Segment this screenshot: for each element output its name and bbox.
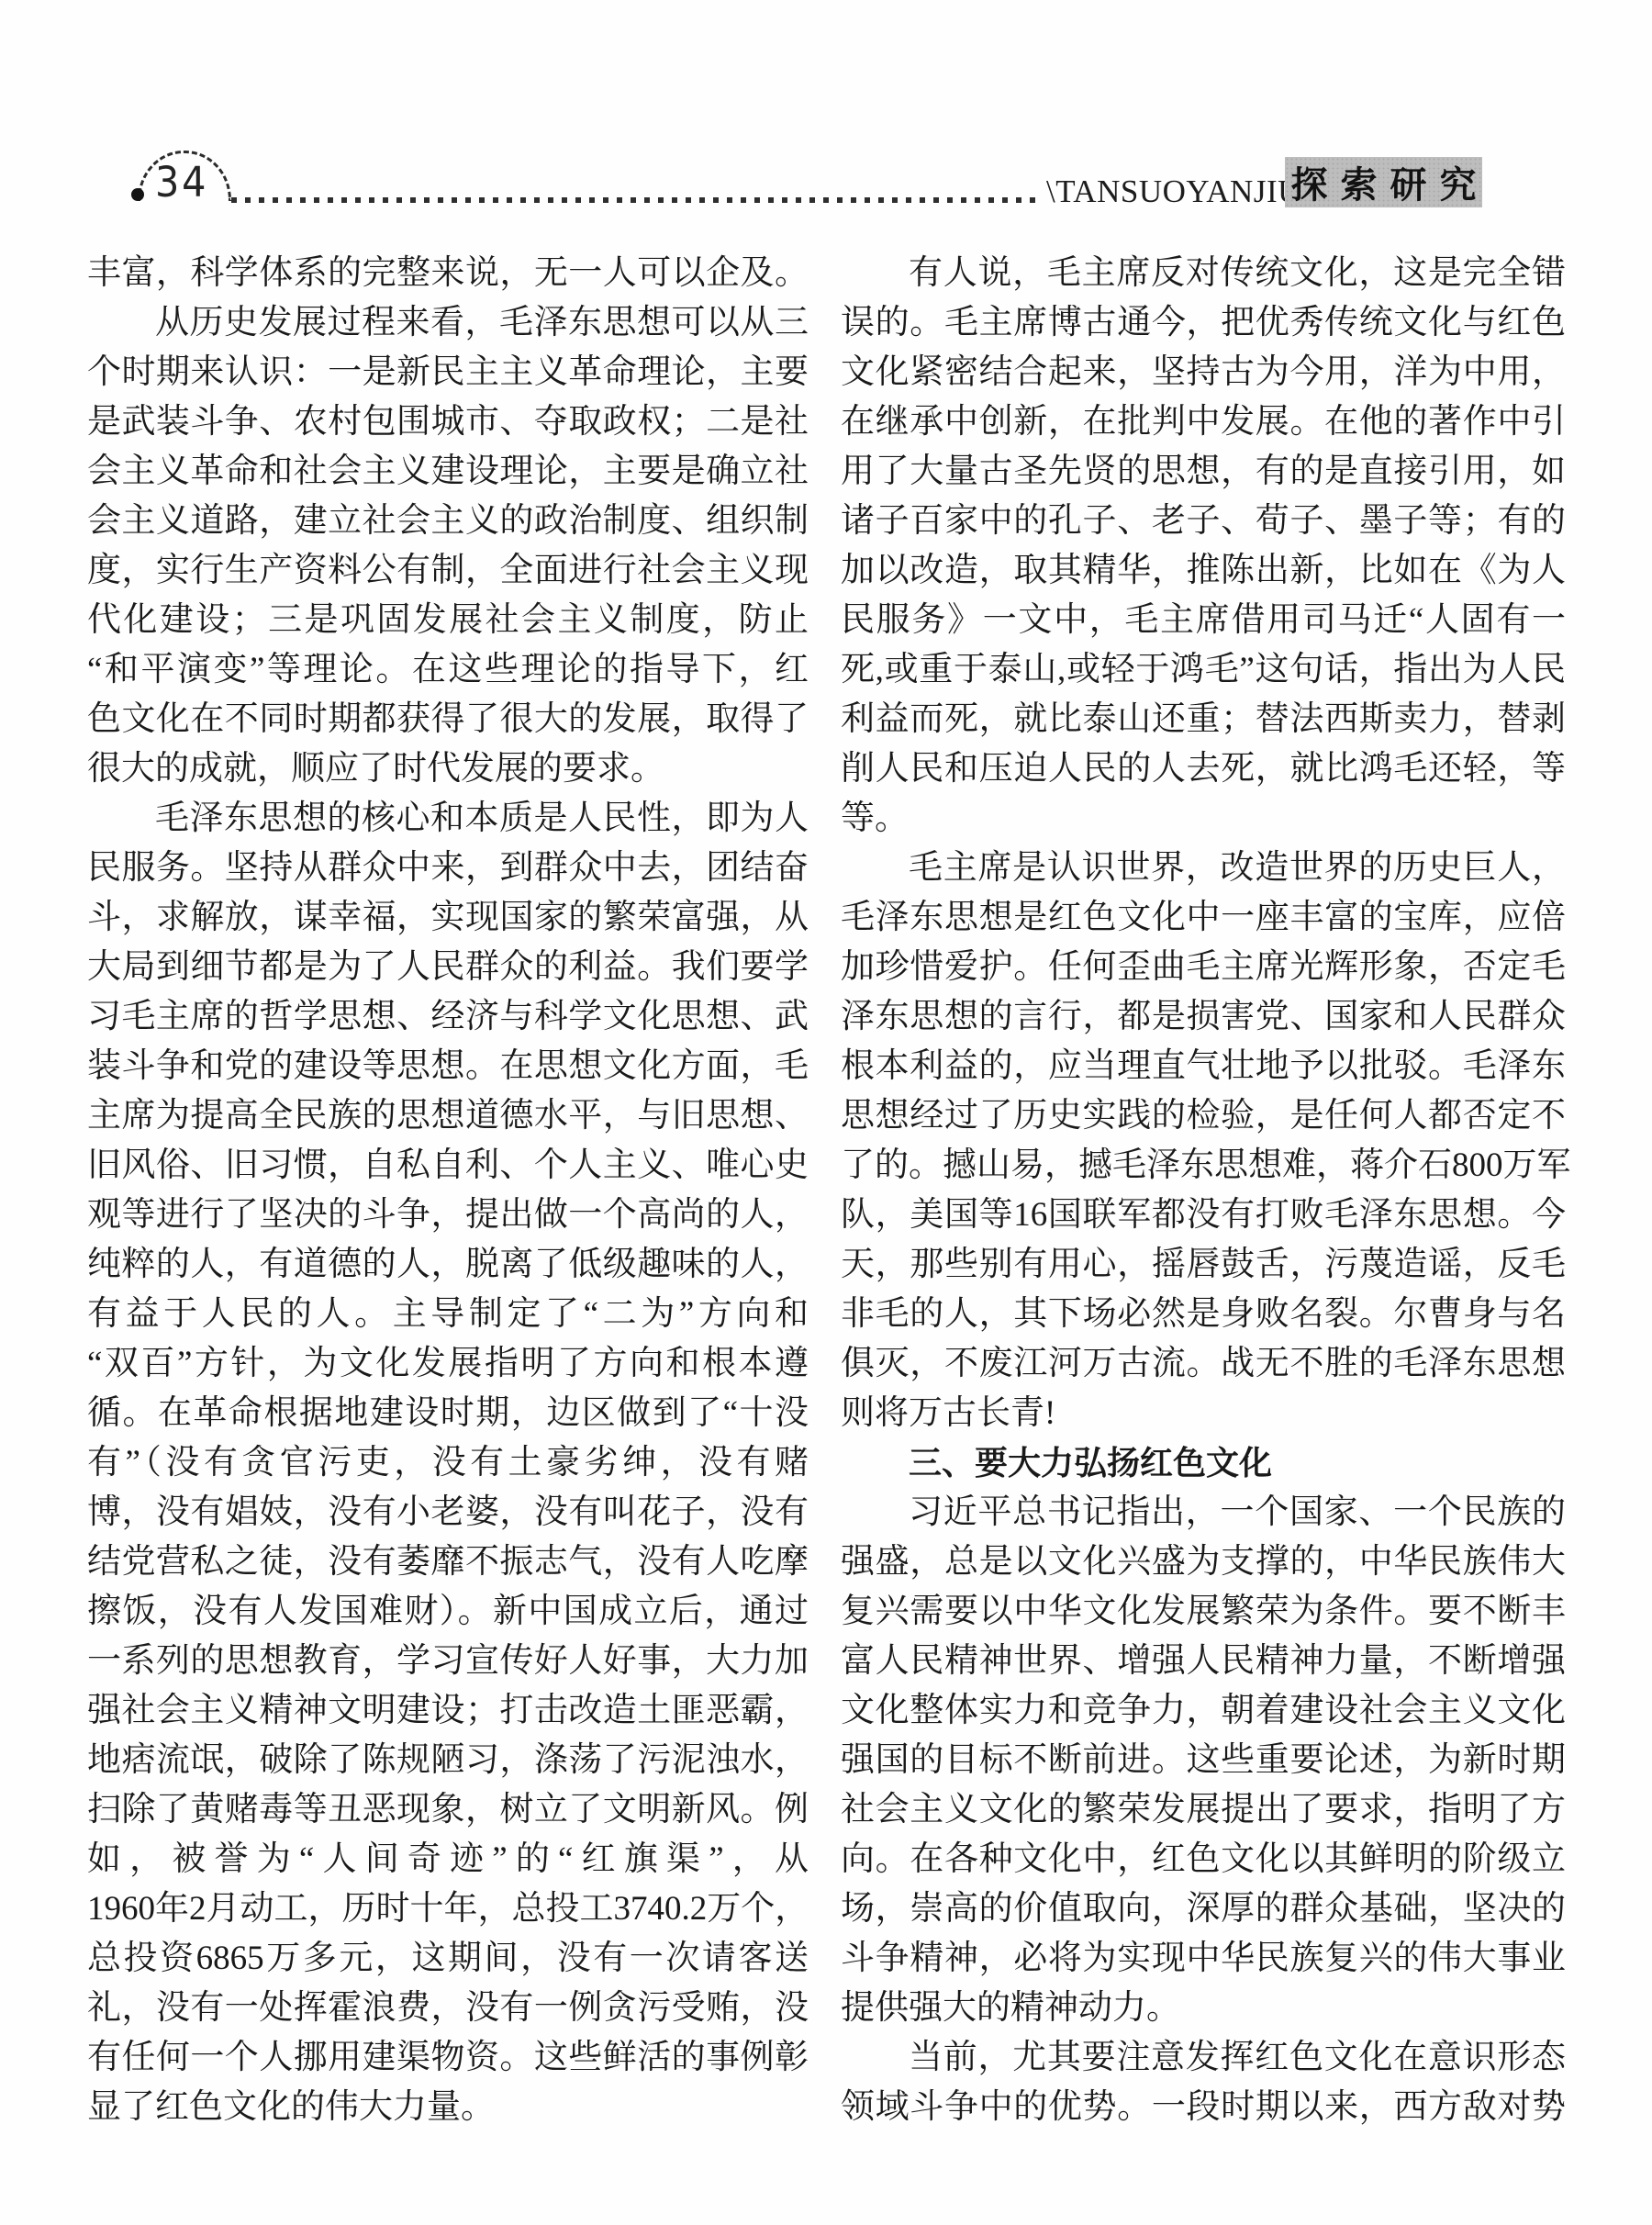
text-line: 习近平总书记指出，一个国家、一个民族的 <box>841 1488 1566 1537</box>
text-line: 斗，求解放，谋幸福，实现国家的繁荣富强，从 <box>87 893 809 943</box>
section-heading-line: 三、要大力弘扬红色文化 <box>841 1438 1566 1488</box>
text-line: 习毛主席的哲学思想、经济与科学文化思想、武 <box>87 992 809 1042</box>
text-line: 礼，没有一处挥霍浪费，没有一例贪污受贿，没 <box>87 1984 809 2033</box>
text-line: 旧风俗、旧习惯，自私自利、个人主义、唯心史 <box>87 1141 809 1191</box>
text-line: 代化建设；三是巩固发展社会主义制度，防止 <box>87 596 809 645</box>
text-line: 博，没有娼妓，没有小老婆，没有叫花子，没有 <box>87 1488 809 1537</box>
text-line: 循。在革命根据地建设时期，边区做到了“十没 <box>87 1389 809 1438</box>
text-line: 毛泽东思想的核心和本质是人民性，即为人 <box>87 794 809 844</box>
text-line: 会主义道路，建立社会主义的政治制度、组织制 <box>87 497 809 546</box>
text-line: 民服务。坚持从群众中来，到群众中去，团结奋 <box>87 844 809 893</box>
text-line: 根本利益的，应当理直气壮地予以批驳。毛泽东 <box>841 1042 1566 1091</box>
text-line: 毛主席是认识世界，改造世界的历史巨人， <box>841 844 1566 893</box>
text-line: 强社会主义精神文明建设；打击改造土匪恶霸， <box>87 1686 809 1736</box>
text-line: 死,或重于泰山,或轻于鸿毛”这句话，指出为人民 <box>841 645 1566 695</box>
text-line: 民服务》一文中，毛主席借用司马迁“人固有一 <box>841 596 1566 645</box>
text-line: 俱灭，不废江河万古流。战无不胜的毛泽东思想 <box>841 1339 1566 1389</box>
text-line: 装斗争和党的建设等思想。在思想文化方面，毛 <box>87 1042 809 1091</box>
text-line: 毛泽东思想是红色文化中一座丰富的宝库，应倍 <box>841 893 1566 943</box>
text-line: “双百”方针，为文化发展指明了方向和根本遵 <box>87 1339 809 1389</box>
text-line: 等。 <box>841 794 1566 844</box>
text-line: 一系列的思想教育，学习宣传好人好事，大力加 <box>87 1637 809 1686</box>
text-line: 非毛的人，其下场必然是身败名裂。尔曹身与名 <box>841 1290 1566 1339</box>
text-line: 显了红色文化的伟大力量。 <box>87 2083 809 2132</box>
text-line: 擦饭，没有人发国难财）。新中国成立后，通过 <box>87 1587 809 1637</box>
text-line: 用了大量古圣先贤的思想，有的是直接引用，如 <box>841 447 1566 497</box>
text-line: 了的。撼山易，撼毛泽东思想难，蒋介石800万军 <box>841 1141 1566 1191</box>
text-line: 总投资6865万多元，这期间，没有一次请客送 <box>87 1934 809 1984</box>
text-line: 削人民和压迫人民的人去死，就比鸿毛还轻，等 <box>841 744 1566 794</box>
text-line: 色文化在不同时期都获得了很大的发展，取得了 <box>87 695 809 744</box>
text-line: 向。在各种文化中，红色文化以其鲜明的阶级立 <box>841 1835 1566 1884</box>
text-line: 思想经过了历史实践的检验，是任何人都否定不 <box>841 1091 1566 1141</box>
text-line: 从历史发展过程来看，毛泽东思想可以从三 <box>87 298 809 348</box>
text-line: 很大的成就，顺应了时代发展的要求。 <box>87 744 809 794</box>
text-line: 场，崇高的价值取向，深厚的群众基础，坚决的 <box>841 1884 1566 1934</box>
dotted-leader-line <box>231 197 1043 203</box>
text-line: 误的。毛主席博古通今，把优秀传统文化与红色 <box>841 298 1566 348</box>
text-line: 文化整体实力和竞争力，朝着建设社会主义文化 <box>841 1686 1566 1736</box>
text-line: 强国的目标不断前进。这些重要论述，为新时期 <box>841 1736 1566 1785</box>
text-line: 是武装斗争、农村包围城市、夺取政权；二是社 <box>87 397 809 447</box>
text-line: 会主义革命和社会主义建设理论，主要是确立社 <box>87 447 809 497</box>
text-line: 泽东思想的言行，都是损害党、国家和人民群众 <box>841 992 1566 1042</box>
left-column: 丰富，科学体系的完整来说，无一人可以企及。从历史发展过程来看，毛泽东思想可以从三… <box>87 249 809 2132</box>
section-title: 探索研究 <box>1278 156 1490 208</box>
text-line: “和平演变”等理论。在这些理论的指导下，红 <box>87 645 809 695</box>
text-line: 当前，尤其要注意发挥红色文化在意识形态 <box>841 2033 1566 2083</box>
text-line: 地痞流氓，破除了陈规陋习，涤荡了污泥浊水， <box>87 1736 809 1785</box>
text-line: 如，被誉为“人间奇迹”的“红旗渠”，从 <box>87 1835 809 1884</box>
right-column: 有人说，毛主席反对传统文化，这是完全错误的。毛主席博古通今，把优秀传统文化与红色… <box>841 249 1566 2132</box>
text-line: 诸子百家中的孔子、老子、荀子、墨子等；有的 <box>841 497 1566 546</box>
text-line: 提供强大的精神动力。 <box>841 1984 1566 2033</box>
text-line: 有人说，毛主席反对传统文化，这是完全错 <box>841 249 1566 298</box>
text-line: 个时期来认识：一是新民主主义革命理论，主要 <box>87 348 809 397</box>
arc-dot-decoration <box>131 188 144 201</box>
text-line: 社会主义文化的繁荣发展提出了要求，指明了方 <box>841 1785 1566 1835</box>
text-line: 纯粹的人，有道德的人，脱离了低级趣味的人， <box>87 1240 809 1290</box>
text-line: 文化紧密结合起来，坚持古为今用，洋为中用， <box>841 348 1566 397</box>
text-line: 度，实行生产资料公有制，全面进行社会主义现 <box>87 546 809 596</box>
scanned-journal-page: 34 \TANSUOYANJIU 探索研究 丰富，科学体系的完整来说，无一人可以… <box>0 0 1652 2225</box>
text-line: 强盛，总是以文化兴盛为支撑的，中华民族伟大 <box>841 1537 1566 1587</box>
text-line: 复兴需要以中华文化发展繁荣为条件。要不断丰 <box>841 1587 1566 1637</box>
section-title-box: 探索研究 <box>1285 157 1482 207</box>
text-line: 斗争精神，必将为实现中华民族复兴的伟大事业 <box>841 1934 1566 1984</box>
text-line: 大局到细节都是为了人民群众的利益。我们要学 <box>87 943 809 992</box>
text-line: 1960年2月动工，历时十年，总投工3740.2万个， <box>87 1884 809 1934</box>
text-line: 主席为提高全民族的思想道德水平，与旧思想、 <box>87 1091 809 1141</box>
journal-pinyin: \TANSUOYANJIU <box>1046 174 1301 209</box>
text-line: 丰富，科学体系的完整来说，无一人可以企及。 <box>87 249 809 298</box>
text-line: 天，那些别有用心，摇唇鼓舌，污蔑造谣，反毛 <box>841 1240 1566 1290</box>
text-line: 领域斗争中的优势。一段时期以来，西方敌对势 <box>841 2083 1566 2132</box>
text-line: 有”（没有贪官污吏，没有土豪劣绅，没有赌 <box>87 1438 809 1488</box>
text-line: 有任何一个人挪用建渠物资。这些鲜活的事例彰 <box>87 2033 809 2083</box>
text-line: 观等进行了坚决的斗争，提出做一个高尚的人， <box>87 1191 809 1240</box>
text-line: 有益于人民的人。主导制定了“二为”方向和 <box>87 1290 809 1339</box>
text-line: 加以改造，取其精华，推陈出新，比如在《为人 <box>841 546 1566 596</box>
text-line: 在继承中创新，在批判中发展。在他的著作中引 <box>841 397 1566 447</box>
text-line: 队，美国等16国联军都没有打败毛泽东思想。今 <box>841 1191 1566 1240</box>
text-line: 利益而死，就比泰山还重；替法西斯卖力，替剥 <box>841 695 1566 744</box>
text-line: 则将万古长青! <box>841 1389 1566 1438</box>
text-line: 富人民精神世界、增强人民精神力量，不断增强 <box>841 1637 1566 1686</box>
text-line: 加珍惜爱护。任何歪曲毛主席光辉形象，否定毛 <box>841 943 1566 992</box>
page-number: 34 <box>155 163 208 202</box>
text-line: 结党营私之徒，没有萎靡不振志气，没有人吃摩 <box>87 1537 809 1587</box>
text-line: 扫除了黄赌毒等丑恶现象，树立了文明新风。例 <box>87 1785 809 1835</box>
